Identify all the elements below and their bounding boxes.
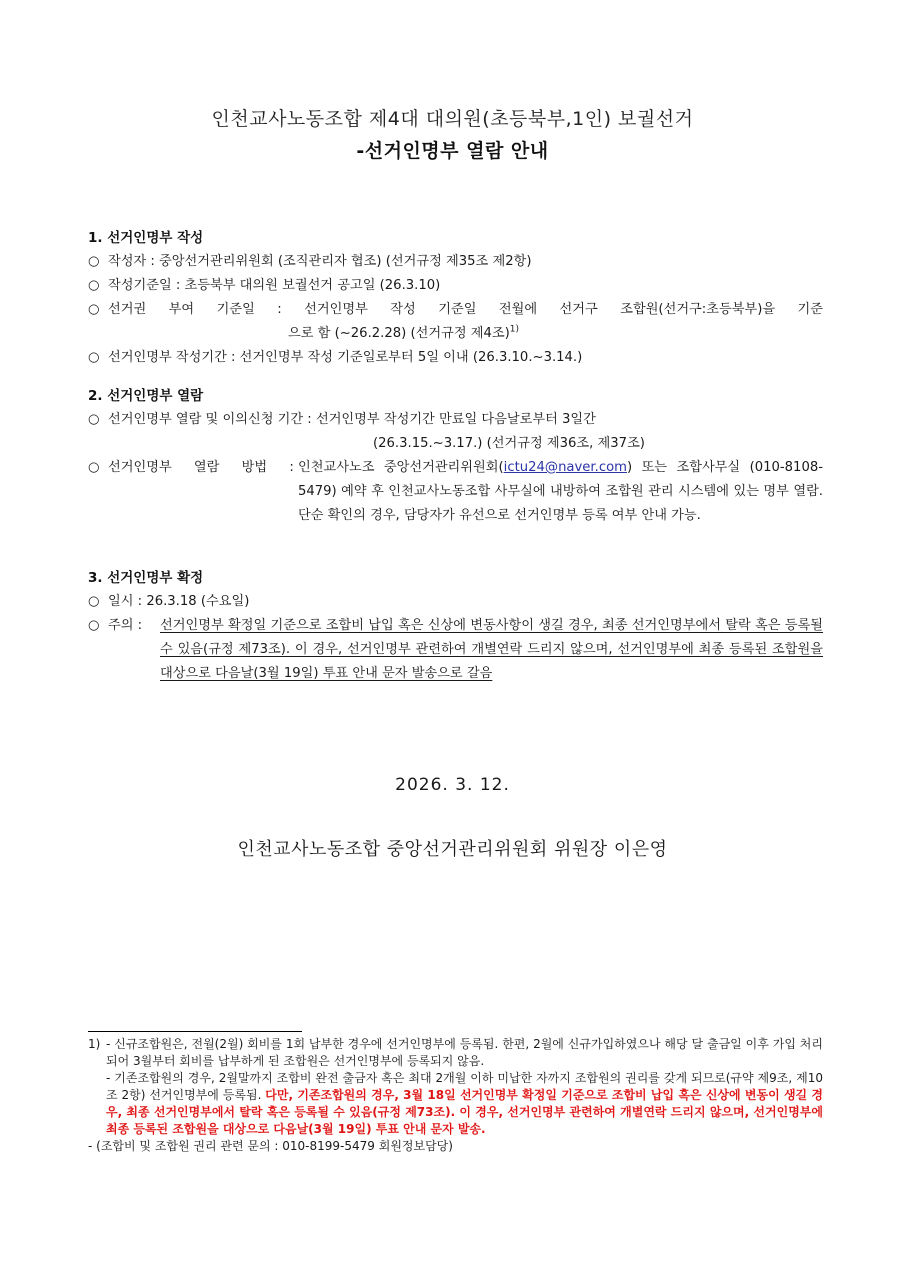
item-line-continued: 으로 함 (~26.2.28) (선거규정 제4조)1) xyxy=(108,322,823,346)
item-text: 26.3.18 (수요일) xyxy=(146,590,823,614)
list-item: ○ 주의 : 선거인명부 확정일 기준으로 조합비 납입 혹은 신상에 변동사항… xyxy=(88,614,823,686)
item-text: 선거인명부 작성기간 만료일 다음날로부터 3일간 xyxy=(316,412,596,427)
item-text-2: (26.3.15.~3.17.) (선거규정 제36조, 제37조) xyxy=(373,436,645,451)
email-link[interactable]: ictu24@naver.com xyxy=(504,460,627,475)
item-text: 초등북부 대의원 보궐선거 공고일 (26.3.10) xyxy=(185,274,823,298)
item-text-before-link: 인천교사노조 중앙선거관리위원회( xyxy=(298,460,504,475)
list-item: ○ 선거인명부 열람 및 이의신청 기간 : 선거인명부 작성기간 만료일 다음… xyxy=(88,408,823,456)
footnote-item: - 기존조합원의 경우, 2월말까지 조합비 완전 출금자 혹은 최대 2개월 … xyxy=(88,1070,823,1138)
item-text: 인천교사노조 중앙선거관리위원회(ictu24@naver.com) 또는 조합… xyxy=(298,456,823,528)
footnote-contact: - (조합비 및 조합원 권리 관련 문의 : 010-8199-5479 회원… xyxy=(88,1138,823,1155)
circle-bullet-icon: ○ xyxy=(88,614,108,686)
item-text: 중앙선거관리위원회 (조직관리자 협조) (선거규정 제35조 제2항) xyxy=(159,250,823,274)
footnote-ref[interactable]: 1) xyxy=(510,325,519,335)
section-3: 3. 선거인명부 확정 ○ 일시 : 26.3.18 (수요일) ○ 주의 : … xyxy=(88,566,823,686)
list-item: ○ 선거인명부 작성기간 : 선거인명부 작성 기준일로부터 5일 이내 (26… xyxy=(88,346,823,370)
footnote-item: 1) - 신규조합원은, 전월(2월) 회비를 1회 납부한 경우에 선거인명부… xyxy=(88,1036,823,1070)
footnote-text: - 기존조합원의 경우, 2월말까지 조합비 완전 출금자 혹은 최대 2개월 … xyxy=(106,1070,823,1138)
section-1: 1. 선거인명부 작성 ○ 작성자 : 중앙선거관리위원회 (조직관리자 협조)… xyxy=(88,226,823,370)
circle-bullet-icon: ○ xyxy=(88,250,108,274)
list-item: ○ 선거권 부여 기준일 : 선거인명부 작성 기준일 전월에 선거구 조합원(… xyxy=(88,298,823,346)
document-date: 2026. 3. 12. xyxy=(0,775,905,795)
item-label: 일시 : xyxy=(108,590,146,614)
circle-bullet-icon: ○ xyxy=(88,590,108,614)
caution-text: 선거인명부 확정일 기준으로 조합비 납입 혹은 신상에 변동사항이 생길 경우… xyxy=(160,614,823,686)
item-text: 선거인명부 작성 기준일 전월에 선거구 조합원(선거구:초등북부)을 기준 xyxy=(304,302,823,317)
circle-bullet-icon: ○ xyxy=(88,274,108,298)
item-label: 선거권 부여 기준일 : xyxy=(108,302,304,317)
circle-bullet-icon: ○ xyxy=(88,408,108,456)
item-text-2: 으로 함 (~26.2.28) (선거규정 제4조) xyxy=(288,326,510,341)
item-label: 주의 : xyxy=(108,614,160,686)
item-label: 선거인명부 열람 및 이의신청 기간 : xyxy=(108,412,316,427)
item-label: 작성기준일 : xyxy=(108,274,185,298)
circle-bullet-icon: ○ xyxy=(88,456,108,528)
list-item: ○ 작성기준일 : 초등북부 대의원 보궐선거 공고일 (26.3.10) xyxy=(88,274,823,298)
footnote-divider xyxy=(88,1031,302,1032)
footnote-mark: 1) xyxy=(88,1036,106,1070)
circle-bullet-icon: ○ xyxy=(88,298,108,346)
footnote-text: - 신규조합원은, 전월(2월) 회비를 1회 납부한 경우에 선거인명부에 등… xyxy=(106,1036,823,1070)
item-label: 작성자 : xyxy=(108,250,159,274)
list-item: ○ 작성자 : 중앙선거관리위원회 (조직관리자 협조) (선거규정 제35조 … xyxy=(88,250,823,274)
list-item: ○ 일시 : 26.3.18 (수요일) xyxy=(88,590,823,614)
title-line-1: 인천교사노동조합 제4대 대의원(초등북부,1인) 보궐선거 xyxy=(0,104,905,131)
section-heading: 1. 선거인명부 작성 xyxy=(88,226,823,250)
item-label: 선거인명부 작성기간 : xyxy=(108,346,240,370)
item-label: 선거인명부 열람 방법 : xyxy=(108,456,298,528)
list-item: ○ 선거인명부 열람 방법 : 인천교사노조 중앙선거관리위원회(ictu24@… xyxy=(88,456,823,528)
title-line-2: -선거인명부 열람 안내 xyxy=(0,136,905,163)
signature: 인천교사노동조합 중앙선거관리위원회 위원장 이은영 xyxy=(0,835,905,861)
item-text: 선거인명부 작성 기준일로부터 5일 이내 (26.3.10.~3.14.) xyxy=(240,346,823,370)
footnotes: 1) - 신규조합원은, 전월(2월) 회비를 1회 납부한 경우에 선거인명부… xyxy=(88,1036,823,1155)
section-heading: 2. 선거인명부 열람 xyxy=(88,384,823,408)
section-heading: 3. 선거인명부 확정 xyxy=(88,566,823,590)
item-line: 선거권 부여 기준일 : 선거인명부 작성 기준일 전월에 선거구 조합원(선거… xyxy=(108,298,823,322)
section-2: 2. 선거인명부 열람 ○ 선거인명부 열람 및 이의신청 기간 : 선거인명부… xyxy=(88,384,823,528)
circle-bullet-icon: ○ xyxy=(88,346,108,370)
